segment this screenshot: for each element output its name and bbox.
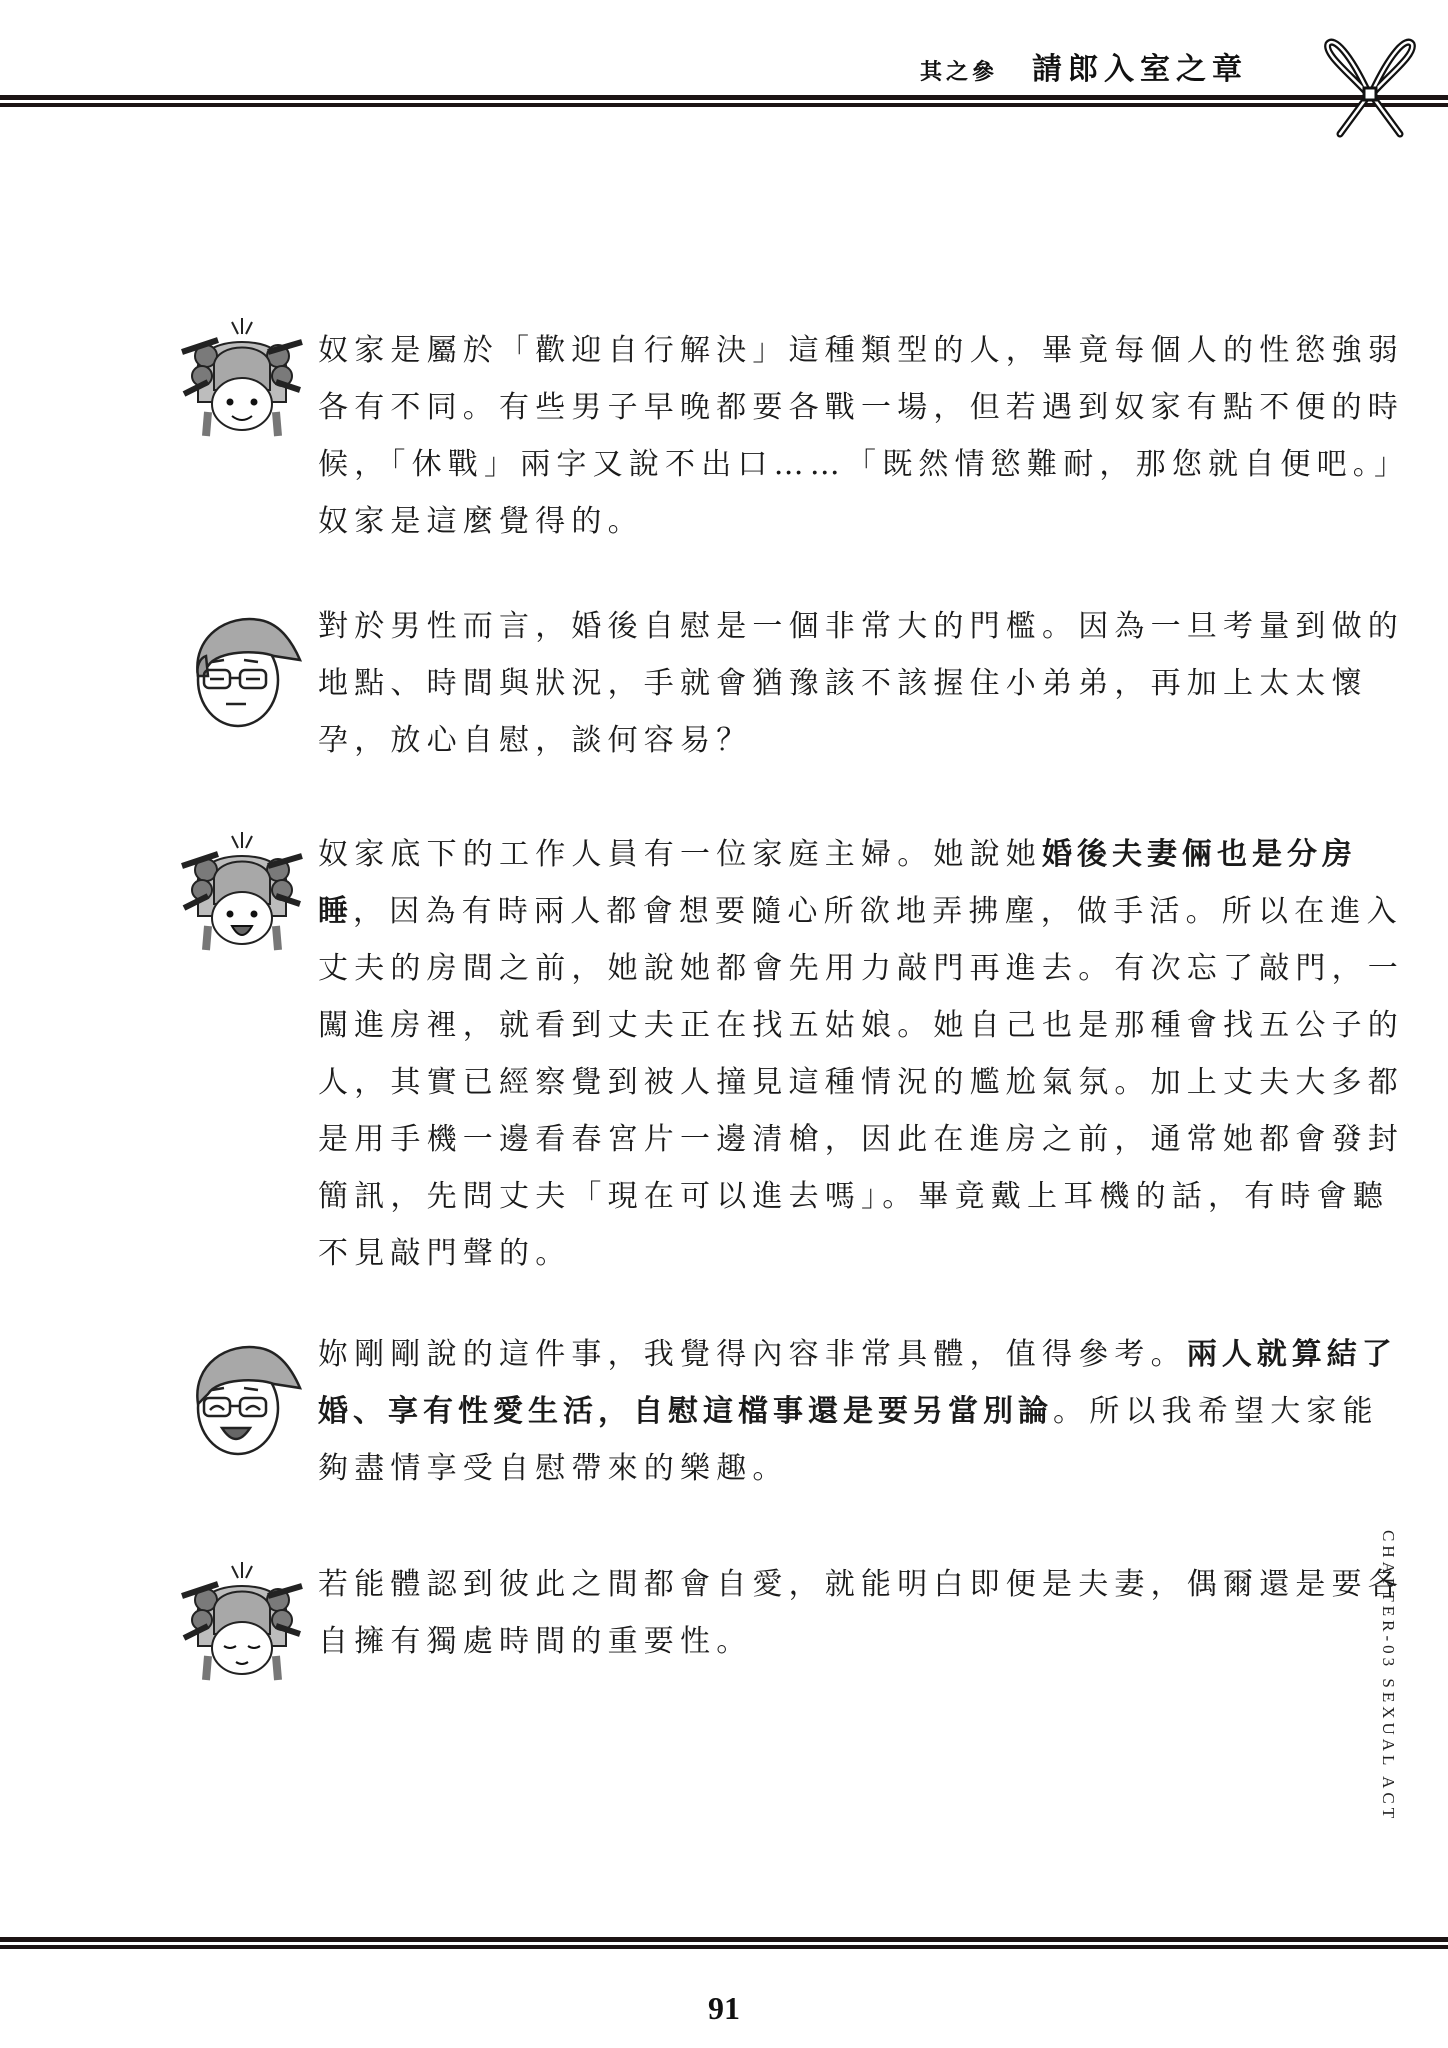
text-line: 睡，因為有時兩人都會想要隨心所欲地弄拂塵，做手活。所以在進入	[318, 883, 1302, 940]
text-line: 若能體認到彼此之間都會自愛，就能明白即便是夫妻，偶爾還是要各	[318, 1556, 1302, 1613]
chapter-title: 請郎入室之章	[1032, 44, 1248, 88]
text-line: 對於男性而言，婚後自慰是一個非常大的門檻。因為一旦考量到做的	[318, 598, 1302, 655]
header-rule-bottom	[0, 103, 1448, 107]
text-line: 奴家是屬於「歡迎自行解決」這種類型的人，畢竟每個人的性慾強弱	[318, 322, 1302, 379]
text-line: 丈夫的房間之前，她說她都會先用力敲門再進去。有次忘了敲門，一	[318, 940, 1302, 997]
text-line: 候，「休戰」兩字又說不出口……「既然情慾難耐，那您就自便吧。」	[318, 436, 1302, 493]
dialogue-text: 奴家底下的工作人員有一位家庭主婦。她說她婚後夫妻倆也是分房 睡，因為有時兩人都會…	[318, 826, 1302, 1282]
chapter-label: 其之參	[920, 55, 998, 86]
dialogue-text: 妳剛剛說的這件事，我覺得內容非常具體，值得參考。兩人就算結了 婚、享有性愛生活，…	[318, 1326, 1302, 1497]
man-glasses-avatar-icon	[178, 1334, 306, 1462]
page-number: 91	[0, 1990, 1448, 2027]
geisha-avatar-icon	[178, 1556, 306, 1684]
dialogue-text: 奴家是屬於「歡迎自行解決」這種類型的人，畢竟每個人的性慾強弱 各有不同。有些男子…	[318, 322, 1302, 550]
dialogue-text: 對於男性而言，婚後自慰是一個非常大的門檻。因為一旦考量到做的 地點、時間與狀況，…	[318, 598, 1302, 769]
text-line: 簡訊，先問丈夫「現在可以進去嗎」。畢竟戴上耳機的話，有時會聽	[318, 1168, 1302, 1225]
text-run: 奴家底下的工作人員有一位家庭主婦。她說她	[318, 837, 1042, 872]
ribbon-bow-icon	[1320, 34, 1420, 144]
text-line: 是用手機一邊看春宮片一邊清槍，因此在進房之前，通常她都會發封	[318, 1111, 1302, 1168]
footer-rule-bottom	[0, 1945, 1448, 1949]
text-line: 婚、享有性愛生活，自慰這檔事還是要另當別論。所以我希望大家能	[318, 1383, 1302, 1440]
man-glasses-avatar-icon	[178, 606, 306, 734]
emphasis-text: 睡	[318, 894, 353, 929]
text-line: 不見敲門聲的。	[318, 1225, 1302, 1282]
text-line: 地點、時間與狀況，手就會猶豫該不該握住小弟弟，再加上太太懷	[318, 655, 1302, 712]
emphasis-text: 婚、享有性愛生活，自慰這檔事還是要另當別論	[318, 1394, 1053, 1429]
geisha-avatar-icon	[178, 826, 306, 954]
emphasis-text: 婚後夫妻倆也是分房	[1042, 837, 1357, 872]
chapter-side-label: CHAPTER-03 SEXUAL ACT	[1378, 1530, 1398, 1822]
text-run: ，因為有時兩人都會想要隨心所欲地弄拂塵，做手活。所以在進入	[353, 894, 1403, 929]
text-run: 妳剛剛說的這件事，我覺得內容非常具體，值得參考。	[318, 1337, 1187, 1372]
text-line: 闖進房裡，就看到丈夫正在找五姑娘。她自己也是那種會找五公子的	[318, 997, 1302, 1054]
header-rule-top	[0, 95, 1448, 100]
text-line: 夠盡情享受自慰帶來的樂趣。	[318, 1440, 1302, 1497]
text-run: 。所以我希望大家能	[1053, 1394, 1379, 1429]
running-header: 其之參 請郎入室之章	[920, 44, 1248, 88]
emphasis-text: 兩人就算結了	[1187, 1337, 1397, 1372]
text-line: 奴家是這麼覺得的。	[318, 493, 1302, 550]
text-line: 自擁有獨處時間的重要性。	[318, 1613, 1302, 1670]
text-line: 各有不同。有些男子早晚都要各戰一場，但若遇到奴家有點不便的時	[318, 379, 1302, 436]
text-line: 孕，放心自慰，談何容易？	[318, 712, 1302, 769]
dialogue-text: 若能體認到彼此之間都會自愛，就能明白即便是夫妻，偶爾還是要各 自擁有獨處時間的重…	[318, 1556, 1302, 1670]
text-line: 奴家底下的工作人員有一位家庭主婦。她說她婚後夫妻倆也是分房	[318, 826, 1302, 883]
footer-rule-top	[0, 1937, 1448, 1942]
text-line: 人，其實已經察覺到被人撞見這種情況的尷尬氣氛。加上丈夫大多都	[318, 1054, 1302, 1111]
text-line: 妳剛剛說的這件事，我覺得內容非常具體，值得參考。兩人就算結了	[318, 1326, 1302, 1383]
geisha-avatar-icon	[178, 312, 306, 440]
